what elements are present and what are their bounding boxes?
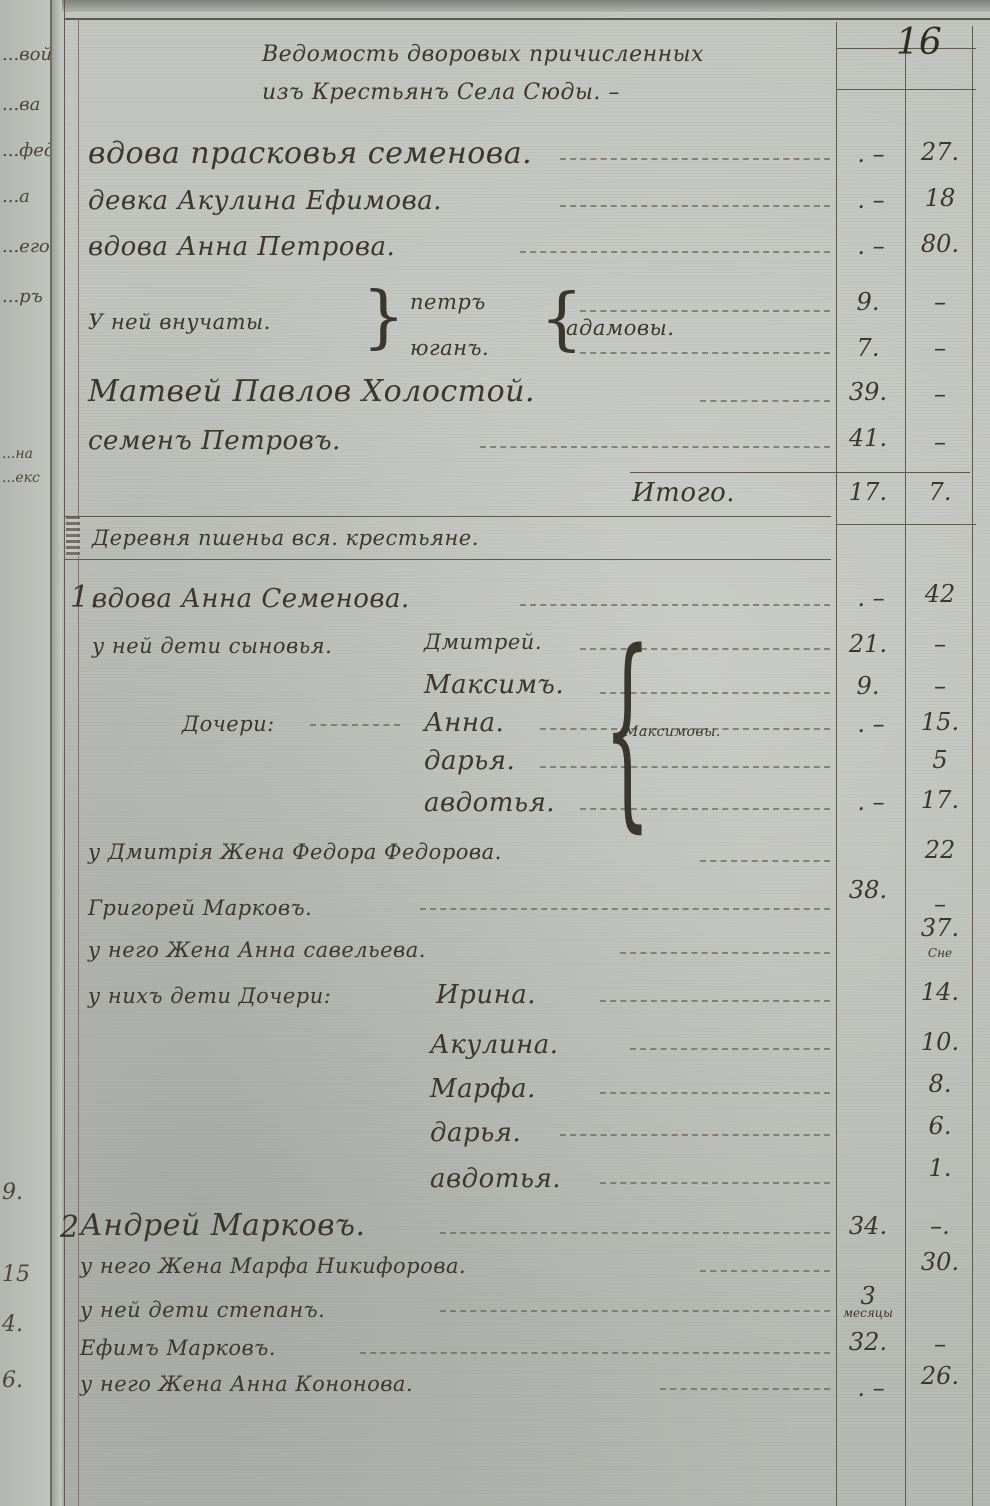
entry-name: дарья.: [424, 746, 515, 776]
leader-dots: [440, 1310, 830, 1312]
entry-name: у него Жена Анна Кононова.: [80, 1372, 413, 1396]
total-male: 17.: [840, 478, 896, 506]
entry-name: девка Акулина Ефимова.: [88, 186, 442, 216]
leader-dots: [600, 1000, 830, 1002]
male-age: . –: [846, 186, 896, 214]
female-age: 42: [912, 580, 968, 608]
total-rule: [836, 524, 976, 525]
female-age: 22: [912, 836, 968, 864]
facing-page-text: ...федо: [2, 140, 52, 161]
male-age: 34.: [840, 1212, 896, 1240]
entry-label: у нихъ дети Дочери:: [88, 984, 331, 1008]
margin-rule: [78, 20, 79, 1506]
entry-label: Дочери:: [182, 712, 275, 736]
male-age: . –: [846, 584, 896, 612]
male-age: 38.: [840, 876, 896, 904]
entry-name: у ней дети степанъ.: [80, 1298, 325, 1322]
leader-dots: [440, 1232, 830, 1234]
male-age: 9.: [840, 672, 896, 700]
entry-label: У ней внучаты.: [88, 310, 271, 334]
leader-dots: [480, 446, 830, 448]
surname-note: Максимовы.: [624, 724, 721, 740]
page-top-edge: [0, 0, 990, 12]
leader-dots: [540, 766, 830, 768]
female-age: –: [912, 428, 968, 456]
entry-name: у него Жена Марфа Никифорова.: [80, 1254, 466, 1278]
female-age: 37.: [912, 914, 968, 942]
female-age: 14.: [912, 978, 968, 1006]
facing-page-text: 15: [2, 1262, 30, 1287]
male-age: 7.: [840, 334, 896, 362]
leader-dots: [660, 1388, 830, 1390]
female-age: 27.: [912, 138, 968, 166]
leader-dots: [600, 1182, 830, 1184]
entry-name: у Дмитрія Жена Федора Федорова.: [88, 840, 502, 864]
margin-stamp: [66, 516, 80, 556]
section-title: Деревня пшеньа вся. крестьяне.: [92, 526, 479, 550]
female-age-note: Сне: [912, 946, 968, 960]
total-label: Итого.: [632, 478, 735, 508]
male-age: . –: [846, 788, 896, 816]
male-age-note: месяцы: [840, 1306, 896, 1320]
leader-dots: [620, 952, 830, 954]
header-rule: [836, 89, 976, 90]
entry-name: Акулина.: [430, 1030, 559, 1060]
page-number: 16: [896, 22, 942, 63]
total-rule: [630, 472, 970, 473]
female-age: 1.: [912, 1154, 968, 1182]
female-age: 30.: [912, 1248, 968, 1276]
leader-dots: [310, 724, 400, 726]
entry-name: семенъ Петровъ.: [88, 426, 341, 456]
leader-dots: [560, 1134, 830, 1136]
leader-dots: [580, 310, 830, 312]
entry-name: Дмитрей.: [424, 630, 542, 654]
entry-name: вдова Анна Семенова.: [92, 584, 410, 614]
facing-page-edge: ...вой ...ва ...федо ...а ...его ...ръ .…: [0, 0, 52, 1506]
female-age: –: [912, 630, 968, 658]
leader-dots: [700, 1270, 830, 1272]
entry-name: вдова прасковья семенова.: [88, 136, 532, 171]
female-age: 80.: [912, 230, 968, 258]
facing-page-text: ...ва: [2, 94, 40, 115]
leader-dots: [600, 1092, 830, 1094]
entry-label: у ней дети сыновья.: [92, 634, 332, 658]
female-age: –: [912, 380, 968, 408]
margin-rule: [64, 0, 65, 1506]
female-age: 26.: [912, 1362, 968, 1390]
entry-name: Анна.: [424, 708, 504, 738]
column-rule-right: [972, 26, 973, 1506]
child-name: петръ: [410, 290, 486, 314]
male-age: 41.: [840, 424, 896, 452]
male-age: 9.: [840, 288, 896, 316]
leader-dots: [630, 1048, 830, 1050]
male-age: 39.: [840, 378, 896, 406]
column-rule-male: [836, 22, 837, 1506]
surname-note: адамовы.: [566, 316, 674, 340]
entry-name: авдотья.: [424, 788, 555, 818]
female-age: 5: [912, 746, 968, 774]
leader-dots: [560, 158, 830, 160]
entry-name: Максимъ.: [424, 670, 564, 700]
female-age: 17.: [912, 786, 968, 814]
entry-name: Матвей Павлов Холостой.: [88, 374, 535, 409]
male-age: . –: [846, 1374, 896, 1402]
female-age: –: [912, 288, 968, 316]
entry-name: у него Жена Анна савельева.: [88, 938, 426, 962]
female-age: –.: [912, 1212, 968, 1240]
leader-dots: [700, 400, 830, 402]
female-age: –: [912, 1330, 968, 1358]
facing-page-text: 9.: [2, 1180, 23, 1205]
facing-page-text: ...а: [2, 186, 30, 207]
entry-name: дарья.: [430, 1118, 521, 1148]
female-age: 18: [912, 184, 968, 212]
facing-page-text: 6.: [2, 1368, 23, 1393]
entry-name: авдотья.: [430, 1164, 561, 1194]
household-number: 2: [60, 1210, 80, 1245]
column-rule-female: [905, 46, 906, 1506]
leader-dots: [420, 908, 830, 910]
female-age: 8.: [912, 1070, 968, 1098]
female-age: 6.: [912, 1112, 968, 1140]
entry-name: Ефимъ Марковъ.: [80, 1336, 276, 1360]
female-age: 15.: [912, 708, 968, 736]
leader-dots: [360, 1352, 830, 1354]
leader-dots: [560, 205, 830, 207]
leader-dots: [700, 860, 830, 862]
header-line-1: Ведомость дворовых причисленных: [262, 42, 704, 67]
female-age: 10.: [912, 1028, 968, 1056]
entry-name: Григорей Марковъ.: [88, 896, 312, 920]
facing-page-text: ...екс: [2, 470, 40, 486]
male-age: . –: [846, 140, 896, 168]
facing-page-text: ...вой: [2, 44, 52, 65]
facing-page-text: 4.: [2, 1312, 23, 1337]
male-age: . –: [846, 710, 896, 738]
facing-page-text: ...ръ: [2, 286, 43, 307]
leader-dots: [520, 251, 830, 253]
header-line-2: изъ Крестьянъ Села Сюды. –: [262, 80, 620, 105]
child-name: юганъ.: [410, 336, 489, 360]
entry-name: Андрей Марковъ.: [80, 1208, 366, 1243]
total-female: 7.: [912, 478, 968, 506]
female-age: –: [912, 334, 968, 362]
entry-name: Ирина.: [436, 980, 536, 1010]
entry-name: Марфа.: [430, 1074, 536, 1104]
male-age: 32.: [840, 1328, 896, 1356]
leader-dots: [520, 604, 830, 606]
male-age: . –: [846, 232, 896, 260]
female-age: –: [912, 672, 968, 700]
facing-page-text: ...на: [2, 446, 33, 462]
bracket: }: [362, 284, 405, 352]
male-age: 21.: [840, 630, 896, 658]
entry-name: вдова Анна Петрова.: [88, 232, 395, 262]
leader-dots: [580, 352, 830, 354]
binding-gutter: [52, 0, 62, 1506]
top-rule: [64, 18, 990, 20]
facing-page-text: ...его: [2, 236, 50, 257]
